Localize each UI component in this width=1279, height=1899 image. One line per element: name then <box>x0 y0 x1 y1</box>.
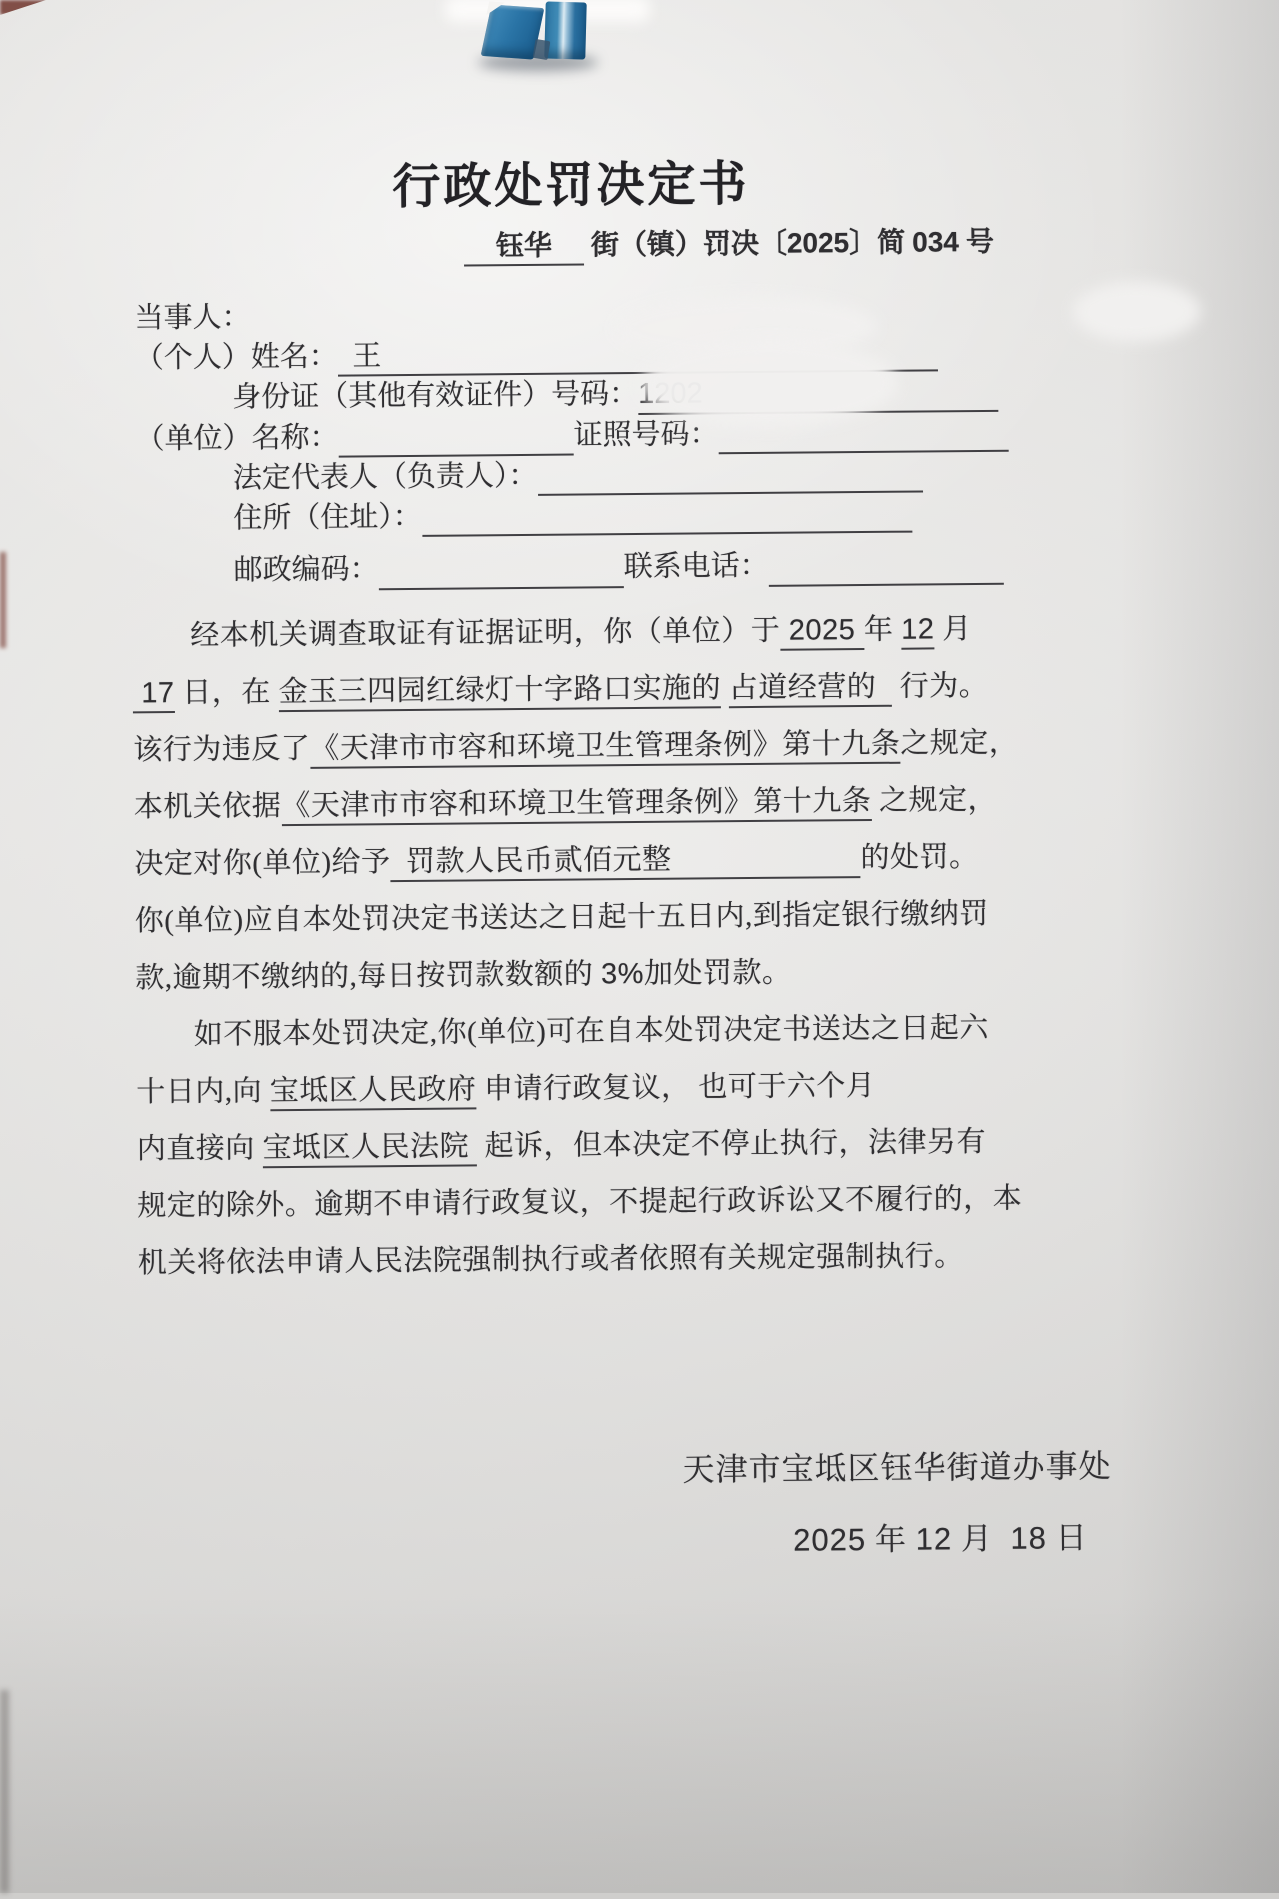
footer-date-line: 2025 年 12 月 18 日 <box>793 1518 1088 1561</box>
text-line: 规定的除外。逾期不申请行政复议，不提起行政诉讼又不履行的，本 <box>137 1170 1042 1235</box>
filled-blank: 宝坻区人民政府 <box>270 1071 477 1111</box>
text-segment: 规定的除外。逾期不申请行政复议，不提起行政诉讼又不履行的，本 <box>137 1181 1022 1225</box>
filled-blank: 12 <box>901 611 935 650</box>
filled-blank <box>379 549 624 589</box>
text-segment: 十日内,向 <box>136 1073 270 1110</box>
text-segment: 住所（住址）： <box>233 499 422 537</box>
filled-blank: 罚款人民币贰佰元整 <box>390 840 860 882</box>
text-segment: 决定对你(单位)给予 <box>134 844 391 882</box>
text-segment: 月 <box>934 611 972 648</box>
text-line: 17 日，在 金玉三四园红绿灯十字路口实施的 占道经营的 行为。 <box>133 658 1038 723</box>
text-line: 钰华 街（镇）罚决〔2025〕简 034 号 <box>464 223 994 268</box>
text-segment: （个人）姓名： <box>135 339 338 377</box>
footer-authority: 天津市宝坻区钰华街道办事处 <box>682 1441 1111 1491</box>
text-line: 决定对你(单位)给予 罚款人民币贰佰元整的处罚。 <box>134 829 1039 894</box>
text-line: 经本机关调查取证有证据证明，你（单位）于 2025 年 12 月 <box>132 601 1037 666</box>
text-segment: 法定代表人（负责人）： <box>233 458 538 497</box>
text-line: 你(单位)应自本处罚决定书送达之日起十五日内,到指定银行缴纳罚 <box>135 886 1040 951</box>
text-line: 十日内,向 宝坻区人民政府 申请行政复议， 也可于六个月 <box>136 1057 1041 1122</box>
text-line: 本机关依据《天津市市容和环境卫生管理条例》第十九条 之规定， <box>134 772 1039 837</box>
text-segment: 之规定， <box>900 725 1018 762</box>
filled-blank <box>537 454 922 496</box>
text-segment: 号 <box>959 225 994 260</box>
text-segment: 款,逾期不缴纳的,每日按罚款数额的 <box>135 956 601 996</box>
text-segment: 2025 <box>787 225 850 261</box>
text-segment: 邮政编码： <box>234 552 379 590</box>
text-segment: 之规定， <box>871 782 997 819</box>
document-page: 行政处罚决定书 钰华 街（镇）罚决〔2025〕简 034 号 当事人：（个人）姓… <box>0 0 1279 1893</box>
text-segment: 034 <box>912 224 959 259</box>
text-segment: （单位）名称： <box>135 419 338 457</box>
text-segment: 3% <box>601 956 644 993</box>
filled-blank: 占道经营的 <box>729 669 892 709</box>
text-segment: 经本机关调查取证有证据证明，你（单位）于 <box>190 613 780 654</box>
text-segment: 年 <box>866 1521 916 1560</box>
filled-blank <box>338 417 573 457</box>
redaction-smudge-right <box>1072 281 1201 342</box>
text-segment: 该行为违反了 <box>133 731 310 769</box>
paper-sheet: 行政处罚决定书 钰华 街（镇）罚决〔2025〕简 034 号 当事人：（个人）姓… <box>0 0 1279 1893</box>
text-line: 邮政编码： 联系电话： <box>137 544 1037 592</box>
filled-blank: 钰华 <box>464 228 584 266</box>
page-title: 行政处罚决定书 <box>0 142 1149 221</box>
text-line: 住所（住址）： <box>136 492 1036 540</box>
text-segment: 2025 <box>793 1521 866 1560</box>
text-segment: 当事人： <box>134 299 250 336</box>
filled-blank: 2025 <box>780 612 864 651</box>
text-line: 款,逾期不缴纳的,每日按罚款数额的 3%加处罚款。 <box>135 943 1040 1008</box>
text-segment: 日 <box>1047 1519 1088 1558</box>
filled-blank: 17 <box>133 675 175 714</box>
text-segment: 行为。 <box>892 668 989 705</box>
text-segment: 本机关依据 <box>134 788 282 826</box>
filled-blank <box>769 546 1004 586</box>
body-text-block: 经本机关调查取证有证据证明，你（单位）于 2025 年 12 月 17 日，在 … <box>132 601 1043 1293</box>
text-segment: 年 <box>864 612 902 649</box>
text-segment: 联系电话： <box>624 548 769 586</box>
text-segment: 证照号码： <box>573 416 718 454</box>
filled-blank <box>422 495 912 538</box>
filled-blank: 《天津市市容和环境卫生管理条例》第十九条 <box>310 726 900 769</box>
text-segment: 身份证（其他有效证件）号码： <box>232 376 638 416</box>
text-line: 2025 年 12 月 18 日 <box>793 1518 1088 1561</box>
text-segment: 的处罚。 <box>860 839 978 876</box>
text-line: 内直接向 宝坻区人民法院 起诉，但本决定不停止执行，法律另有 <box>137 1113 1042 1178</box>
filled-blank: 宝坻区人民法院 <box>262 1128 477 1168</box>
filled-blank: 《天津市市容和环境卫生管理条例》第十九条 <box>281 783 871 826</box>
text-line: 身份证（其他有效证件）号码：1202 <box>135 371 1035 419</box>
text-segment: 月 <box>952 1520 1011 1559</box>
text-segment: 申请行政复议， 也可于六个月 <box>476 1068 875 1108</box>
party-info-block: 当事人：（个人）姓名： 王身份证（其他有效证件）号码：1202（单位）名称： 证… <box>134 291 1037 592</box>
binder-clip <box>440 0 660 91</box>
text-segment: 加处罚款。 <box>644 955 792 993</box>
text-line: 如不服本处罚决定,你(单位)可在自本处罚决定书送达之日起六 <box>136 1000 1041 1065</box>
clip-hinge <box>533 39 551 60</box>
doc-number-line: 钰华 街（镇）罚决〔2025〕简 034 号 <box>464 223 994 268</box>
text-segment: 机关将依法申请人民法院强制执行或者依照有关规定强制执行。 <box>138 1238 964 1281</box>
text-segment: 日，在 <box>174 674 278 711</box>
text-segment: 18 <box>1010 1519 1047 1558</box>
text-segment: 内直接向 <box>137 1130 263 1167</box>
text-segment: 街（镇）罚决〔 <box>584 227 787 264</box>
clip-right-prong <box>544 1 586 59</box>
text-segment: 〕简 <box>849 226 912 262</box>
text-segment: 起诉，但本决定不停止执行，法律另有 <box>477 1124 987 1165</box>
text-segment: 如不服本处罚决定,你(单位)可在自本处罚决定书送达之日起六 <box>194 1010 989 1053</box>
text-segment: 12 <box>915 1520 952 1559</box>
filled-blank: 金玉三四园红绿灯十字路口实施的 <box>278 670 721 712</box>
text-line: 该行为违反了《天津市市容和环境卫生管理条例》第十九条之规定， <box>133 715 1038 780</box>
text-segment: 你(单位)应自本处罚决定书送达之日起十五日内,到指定银行缴纳罚 <box>135 896 989 940</box>
text-line: 机关将依法申请人民法院强制执行或者依照有关规定强制执行。 <box>138 1227 1043 1292</box>
